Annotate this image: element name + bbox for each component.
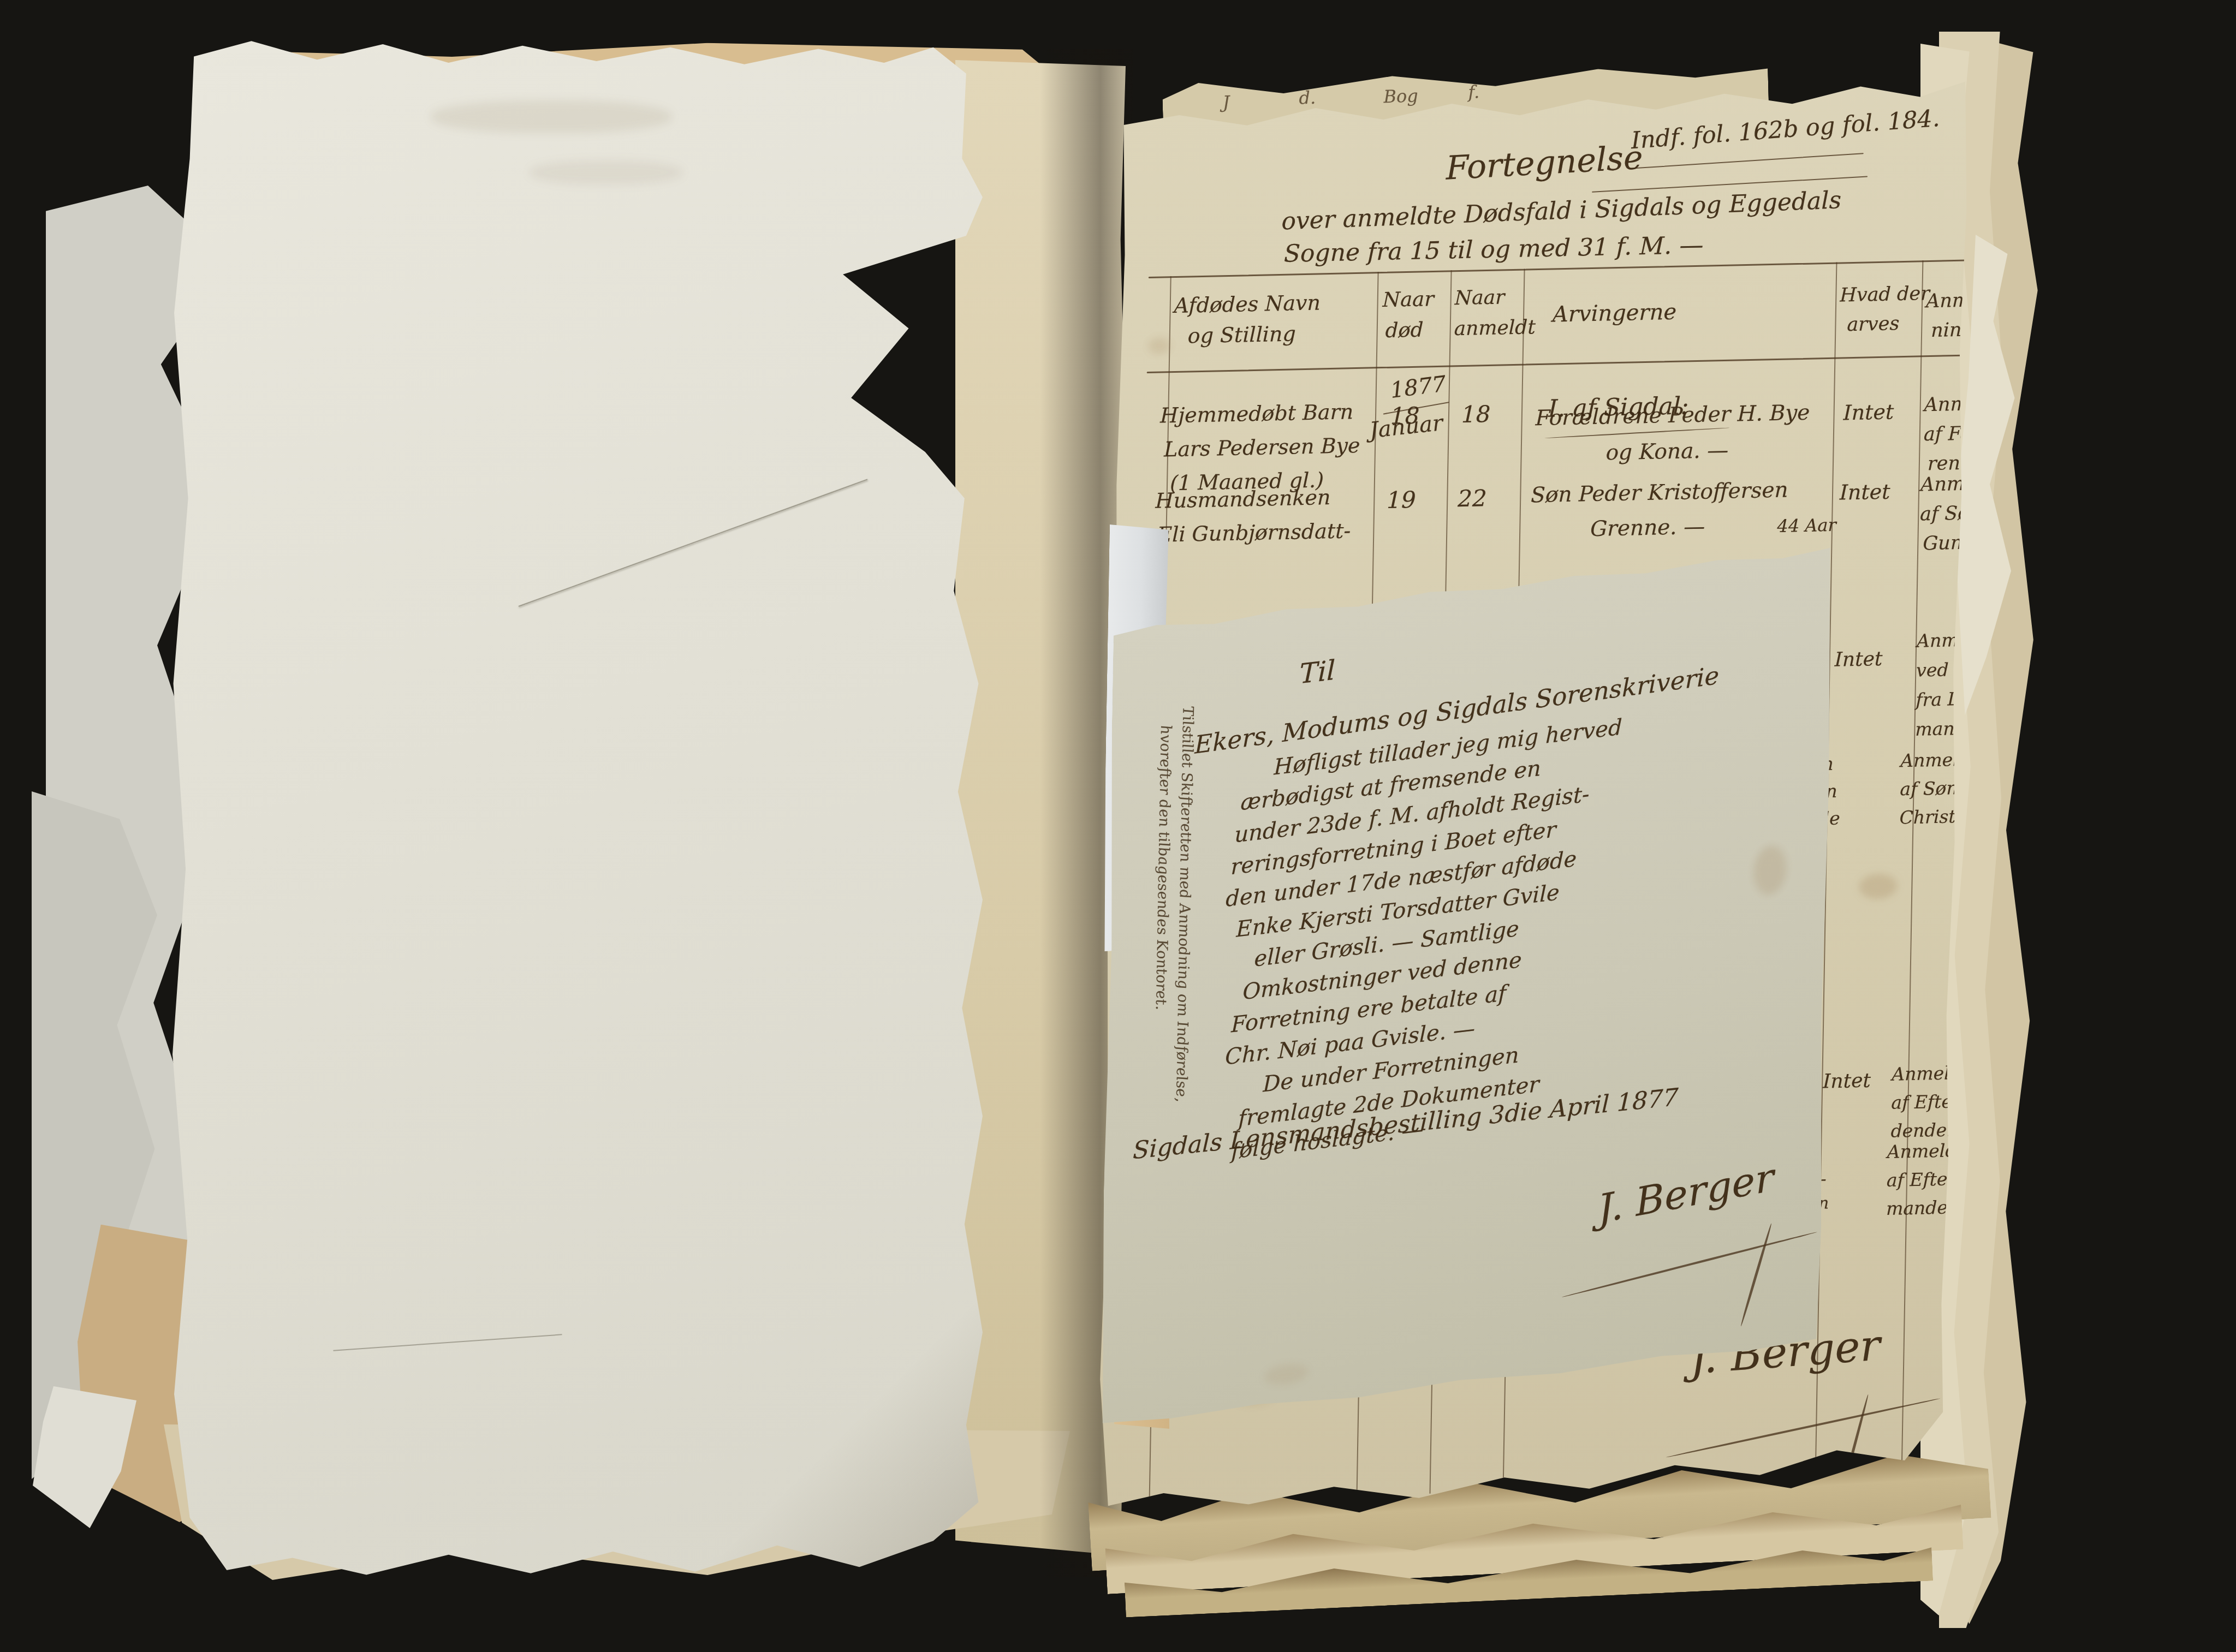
cell-line: Grenne. —: [1590, 510, 1705, 547]
paper-stain: [1859, 873, 1898, 899]
column-header-heirs: Arvingerne: [1553, 300, 1677, 327]
tear-crack-line-2: [333, 1334, 562, 1351]
partial-row-3-estate: Intet: [1823, 1070, 1871, 1093]
letter-signature: J. Berger: [1597, 1154, 1775, 1232]
header-line: arves: [1847, 308, 1929, 339]
cell-line: Hjemmedøbt Barn: [1160, 395, 1361, 433]
header-line: Naar: [1454, 282, 1536, 314]
corner-lift-shade: [685, 1230, 991, 1579]
column-header-reported: Naar anmeldt: [1454, 282, 1536, 344]
table-vertical-rule: [1901, 260, 1923, 1483]
top-edge-writing-fragment: f.: [1468, 81, 1480, 103]
row-1-heirs: Forældrene Peder H. Bye og Kona. —: [1535, 395, 1810, 473]
row-1-estate: Intet: [1843, 399, 1894, 425]
cell-line: 44 Aar: [1777, 508, 1836, 544]
header-line: død: [1385, 314, 1434, 346]
page-subtitle-line-1: over anmeldte Dødsfald i Sigdals og Egge…: [1281, 187, 1827, 235]
cell-line: Eli Gunbjørnsdatt-: [1157, 514, 1351, 551]
cell-line: og Kona. —: [1605, 431, 1810, 472]
header-line: anmeldt: [1454, 312, 1536, 344]
row-2-estate: Intet: [1840, 480, 1890, 505]
table-year-label: 1877: [1389, 371, 1447, 403]
lensmann-letter-page: Tilstillet Skifteretten med Anmodning om…: [1099, 545, 1833, 1430]
cell-line: Søn Peder Kristoffersen: [1531, 472, 1837, 514]
margin-note: Tilstillet Skifteretten med Anmodning om…: [1145, 705, 1198, 1147]
column-header-estate: Hvad der arves: [1839, 279, 1930, 340]
letter-salutation: Til: [1299, 654, 1335, 690]
top-edge-writing-fragment: J: [1222, 92, 1230, 112]
header-line: Afdødes Navn: [1174, 287, 1321, 321]
left-blank-page: [169, 35, 991, 1579]
header-line: Hvad der: [1840, 279, 1930, 310]
cell-line: Lars Pedersen Bye: [1164, 428, 1360, 467]
letter-signature-flourish: [1562, 1231, 1817, 1298]
column-header-name: Afdødes Navn og Stilling: [1173, 287, 1321, 351]
letter-stain: [1753, 844, 1787, 897]
row-1-died: 18: [1390, 402, 1420, 430]
row-2-name: Husmandsenken Eli Gunbjørnsdatt-: [1155, 480, 1352, 552]
page-subtitle-line-2: Sogne fra 15 til og med 31 f. M. —: [1259, 231, 1729, 269]
row-2-heirs: Søn Peder Kristoffersen Grenne. — 44 Aar: [1530, 472, 1837, 549]
column-header-died: Naar død: [1382, 284, 1434, 346]
left-bottom-white-piece: [33, 1386, 136, 1528]
row-2-died: 19: [1387, 486, 1416, 514]
letter-stain: [1264, 1362, 1309, 1387]
cell-line: Forældrene Peder H. Bye: [1535, 395, 1810, 437]
top-edge-writing-fragment: Bog: [1383, 85, 1418, 107]
bleed-through-smudge: [431, 100, 671, 133]
row-2-reported: 22: [1458, 485, 1487, 512]
letter-signature-flourish-tail: [1740, 1223, 1773, 1327]
header-line: og Stilling: [1187, 318, 1320, 351]
paper-stain: [1148, 337, 1170, 354]
table-header-rule: [1147, 355, 1967, 373]
cell-line: Husmandsenken: [1155, 480, 1352, 518]
header-line: Naar: [1382, 284, 1434, 315]
page-title: Fortegnelse: [1402, 136, 1686, 190]
signature-flourish: [1666, 1397, 1941, 1458]
archive-photo-background: d af og st b n e r J d. Bog f. Indf. fol…: [0, 0, 2236, 1652]
partial-row-1-estate: Intet: [1834, 648, 1882, 671]
row-1-reported: 18: [1461, 401, 1491, 428]
top-edge-writing-fragment: d.: [1299, 87, 1316, 109]
tear-crack-line: [519, 479, 868, 606]
bleed-through-smudge-2: [530, 160, 682, 184]
